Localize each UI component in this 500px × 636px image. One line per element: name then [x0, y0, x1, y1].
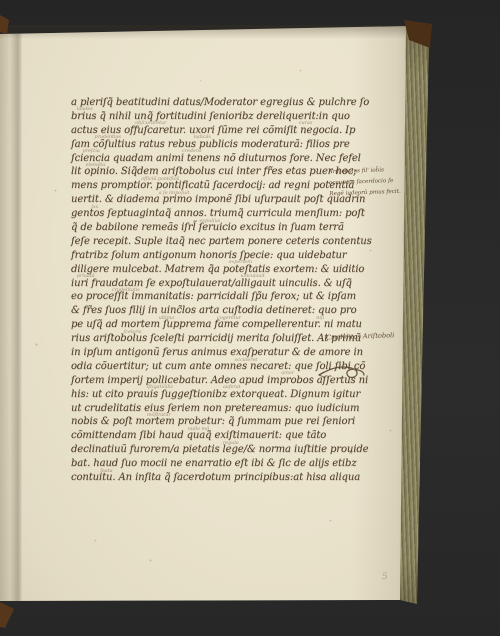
text-line: contuitu. An inſita q̃ ſacerdotum princi… — [71, 472, 363, 486]
text-line: & fr̃es ſuos filij in uinc̃los arta cuſt… — [71, 305, 363, 319]
text-line: eo proceſſit immanitatis: parricidali ſp… — [71, 291, 363, 305]
text-line: cõmittendam ſibi haud quaq̃ exiſtimaueri… — [71, 430, 363, 444]
text-line: declinatiuũ furorem/a pietatis lege/& no… — [71, 444, 363, 458]
text-line: diligere mulcebat. Matrem q̃a poteſtatis… — [71, 264, 363, 278]
text-line: a pleriſq̃ beatitudini datus/Moderator e… — [71, 97, 363, 111]
text-line: fratribz ſolum antigonum honoris ſpecie:… — [71, 250, 363, 264]
manuscript-photo: a pleriſq̃ beatitudini datus/Moderator e… — [0, 0, 500, 636]
text-line: nobis & poſt mortem probetur: q̃ ſummam … — [71, 416, 363, 430]
text-line: uertit. & diadema primo imponẽ ſibi uſur… — [71, 194, 363, 208]
text-line: q̃ de babilone remeãs iſrl̃ ſeruicio exc… — [71, 222, 363, 236]
nota-flourish-icon — [318, 358, 366, 388]
text-line: pe uſq̃ ad mortem ſupprema fame compelle… — [71, 319, 363, 333]
margin-x-mark: x — [349, 448, 353, 456]
text-line: lit opinio. Siq̃dem ariſtobolus cui inte… — [71, 166, 363, 180]
text-line: mens promptior. pontificatũ ſacerdocij: … — [71, 180, 363, 194]
text-line: gentos ſeptuagintaq̃ annos. triumq̃ curr… — [71, 208, 363, 222]
text-line: ſam cõſultius ratus rebus publicis moder… — [71, 139, 363, 153]
main-text-block: a pleriſq̃ beatitudini datus/Moderator e… — [71, 97, 363, 486]
folio-number: 5 — [382, 572, 388, 582]
page-gutter-shadow — [0, 30, 22, 605]
text-line: ut crudelitatis eius ſeriem non preterea… — [71, 403, 363, 417]
text-line: actus eius offuſcaretur. uxori ſũme rei … — [71, 125, 363, 139]
text-line: ſeſe recepit. Suple itaq̃ nec partem pon… — [71, 236, 363, 250]
text-line: rius ariſtobolus ſceleſti parricidij mer… — [71, 333, 363, 347]
text-line: iuri fraudatam ſe expoſtulauerat/alligau… — [71, 278, 363, 292]
text-line: ſciencia quadam animi tenens nõ diuturno… — [71, 153, 363, 167]
text-line: brius q̃ nihil unq̃ fortitudini ſeniorib… — [71, 111, 363, 125]
text-line: bat. haud ſuo mocii ne enarratio eſt ibi… — [71, 458, 363, 472]
paper-specks — [0, 0, 1, 1]
text-line: his: ut cito prauis ſuggeſtionibz extorq… — [71, 389, 363, 403]
margin-note-aristobolus: Ariſtobolus fil' ioh̃isoccupato ſacerdoc… — [328, 165, 399, 200]
